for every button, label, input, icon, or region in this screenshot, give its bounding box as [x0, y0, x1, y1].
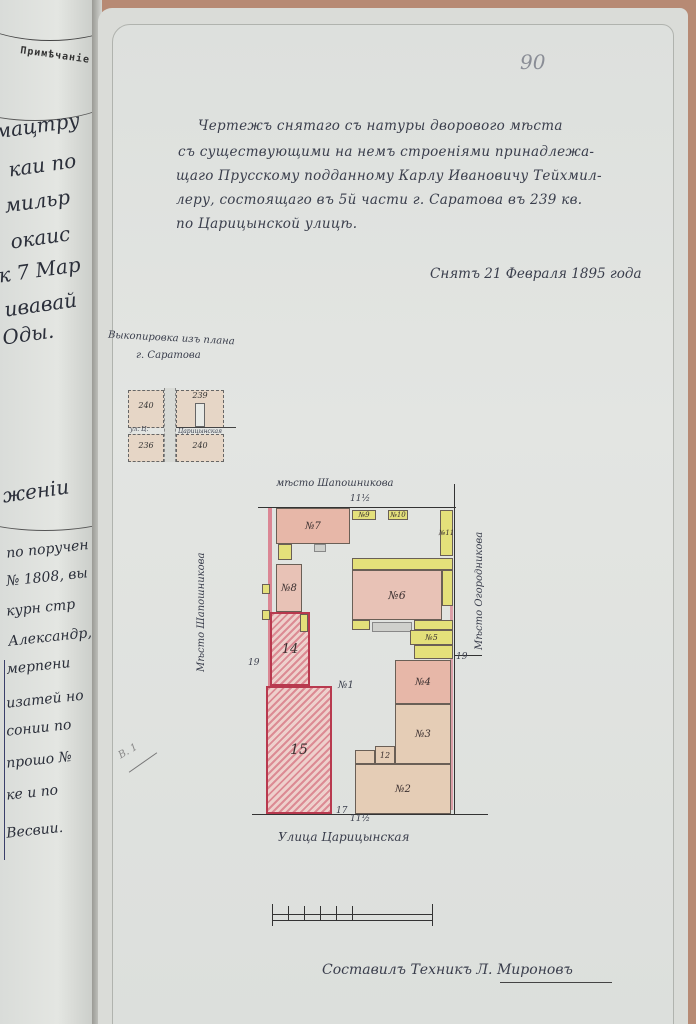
- scale-tick: [320, 906, 321, 920]
- hatch-annex: [300, 614, 308, 632]
- dimension-label: 17: [336, 806, 347, 816]
- dimension-label: 19: [456, 652, 467, 662]
- building-6: №6: [352, 570, 442, 620]
- scale-bar: [272, 904, 434, 926]
- margin-stroke: [129, 752, 157, 772]
- plan-top-label: мѣсто Шапошникова: [276, 478, 394, 489]
- small-structure: [314, 544, 326, 552]
- building-5-annex: [414, 645, 453, 659]
- scale-tick: [352, 906, 353, 920]
- left-side-label: Мѣсто Шапошникова: [196, 553, 207, 672]
- building-5: №5: [410, 630, 453, 645]
- building-7: №7: [276, 508, 350, 544]
- building-12: 12: [375, 746, 395, 764]
- dimension-label: 19: [248, 658, 259, 668]
- building-11: №11: [440, 510, 453, 556]
- street-label: Улица Царицынская: [278, 830, 409, 844]
- signature-underline: [500, 982, 612, 983]
- scale-tick: [272, 904, 273, 926]
- dimension-label: 11½: [350, 494, 370, 504]
- building-2: №2: [355, 764, 451, 814]
- margin-note: В. 1: [117, 742, 140, 762]
- building-15: 15: [266, 686, 332, 814]
- building-small: [355, 750, 375, 764]
- building-4: №4: [395, 660, 451, 704]
- right-side-label: Мѣсто Огородникова: [474, 532, 485, 650]
- dimension-label: 11½: [350, 814, 370, 824]
- building-annex: [278, 544, 292, 560]
- building-10: №10: [388, 510, 408, 520]
- building-1-label: №1: [338, 680, 354, 691]
- side-shed: [262, 584, 270, 594]
- building-8: №8: [276, 564, 302, 612]
- building-6-annex: [352, 558, 453, 570]
- scale-line: [272, 920, 432, 921]
- site-plan: мѣсто Шапошникова 11½ №7 №9 №10 №11 №6 №…: [0, 0, 696, 1024]
- building-3: №3: [395, 704, 451, 764]
- building-9: №9: [352, 510, 376, 520]
- scale-tick: [288, 906, 289, 920]
- building-6-side: [442, 570, 453, 606]
- scale-tick: [432, 904, 433, 926]
- scale-tick: [336, 906, 337, 920]
- side-shed: [262, 610, 270, 620]
- building-6-porch: [352, 620, 370, 630]
- building-shed: [414, 620, 453, 630]
- scale-tick: [304, 906, 305, 920]
- passage: [372, 622, 412, 632]
- signature: Составилъ Техникъ Л. Мироновъ: [322, 962, 573, 978]
